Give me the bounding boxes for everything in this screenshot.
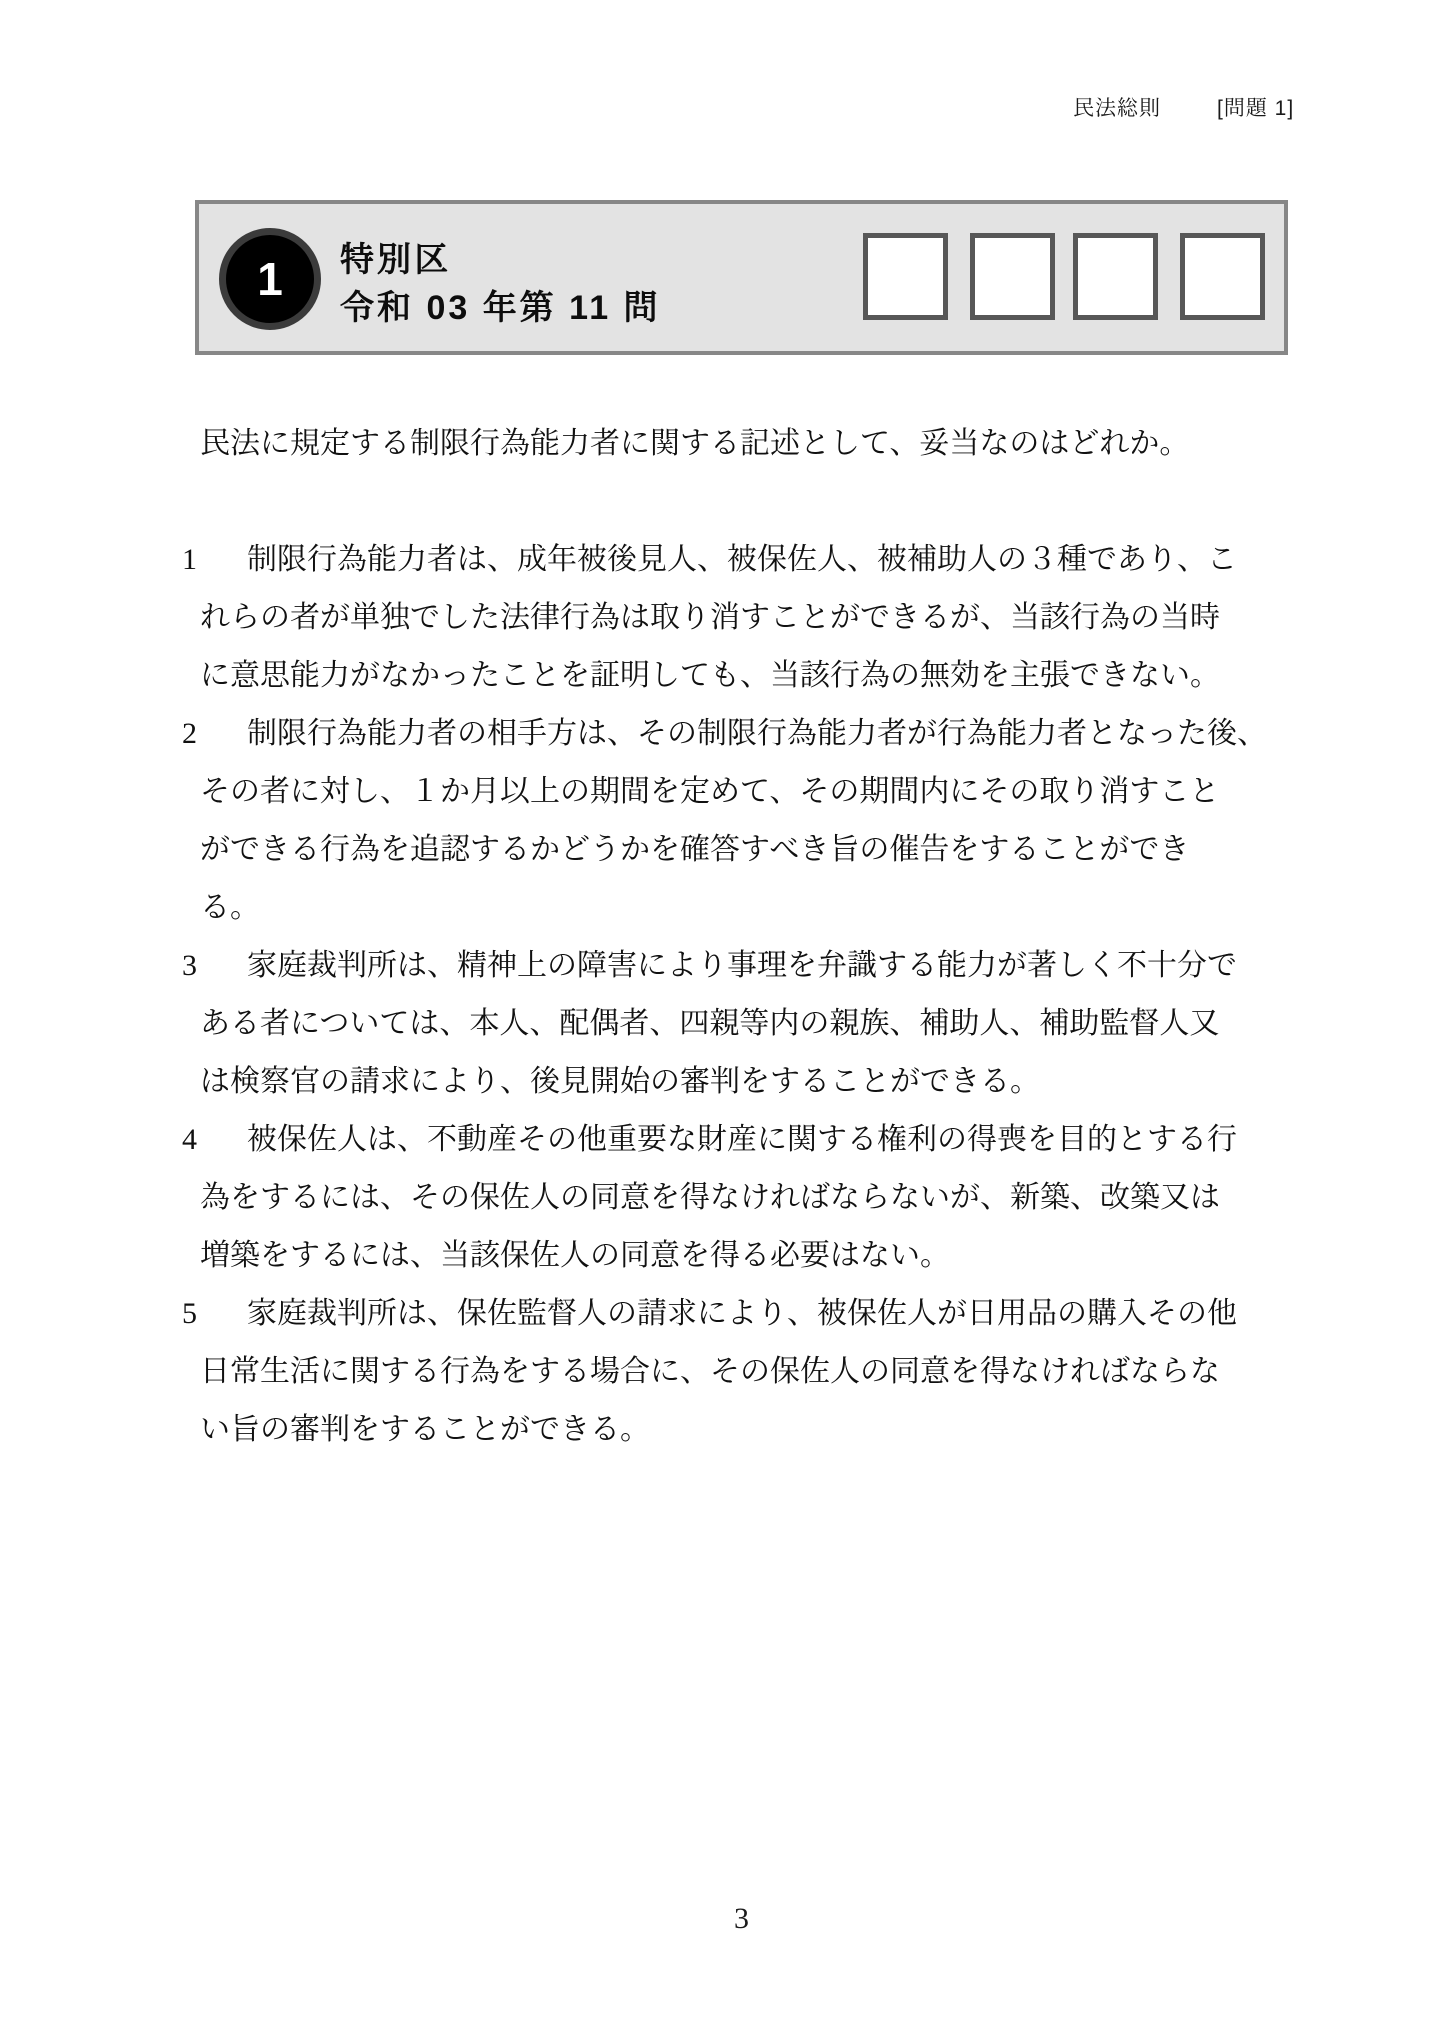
choice-line: 日常生活に関する行為をする場合に、その保佐人の同意を得なければならな [0,1343,1434,1401]
choice-text: 制限行為能力者は、成年被後見人、被保佐人、被補助人の３種であり、こ [247,543,1237,576]
choice-line: その者に対し、１か月以上の期間を定めて、その期間内にその取り消すこと [0,763,1434,821]
answer-box-2 [970,233,1055,320]
choice-line: 3家庭裁判所は、精神上の障害により事理を弁識する能力が著しく不十分で [0,937,1434,995]
choice-line: は検察官の請求により、後見開始の審判をすることができる。 [0,1053,1434,1111]
choice-line: ある者については、本人、配偶者、四親等内の親族、補助人、補助監督人又 [0,995,1434,1053]
running-header-problem-label: [問題 1] [1217,96,1294,122]
choice-number: 4 [182,1111,247,1169]
answer-box-1 [863,233,948,320]
question-number-badge-label: 1 [257,252,283,306]
source-region-line: 特別区 [340,236,661,284]
choice-5: 5家庭裁判所は、保佐監督人の請求により、被保佐人が日用品の購入その他 日常生活に… [0,1285,1434,1459]
choice-line: 1制限行為能力者は、成年被後見人、被保佐人、被補助人の３種であり、こ [0,531,1434,589]
choice-line: 5家庭裁判所は、保佐監督人の請求により、被保佐人が日用品の購入その他 [0,1285,1434,1343]
choice-4: 4被保佐人は、不動産その他重要な財産に関する権利の得喪を目的とする行 為をするに… [0,1111,1434,1285]
choice-1: 1制限行為能力者は、成年被後見人、被保佐人、被補助人の３種であり、こ れらの者が… [0,531,1434,705]
choice-line: れらの者が単独でした法律行為は取り消すことができるが、当該行為の当時 [0,589,1434,647]
question-number-badge: 1 [219,228,321,330]
choice-text: 家庭裁判所は、精神上の障害により事理を弁識する能力が著しく不十分で [247,949,1237,982]
choice-text: 制限行為能力者の相手方は、その制限行為能力者が行為能力者となった後、 [247,717,1267,750]
choice-line: い旨の審判をすることができる。 [0,1401,1434,1459]
choice-3: 3家庭裁判所は、精神上の障害により事理を弁識する能力が著しく不十分で ある者につ… [0,937,1434,1111]
choice-2: 2制限行為能力者の相手方は、その制限行為能力者が行為能力者となった後、 その者に… [0,705,1434,937]
answer-box-3 [1073,233,1158,320]
choice-text: 家庭裁判所は、保佐監督人の請求により、被保佐人が日用品の購入その他 [247,1297,1237,1330]
choice-line: 為をするには、その保佐人の同意を得なければならないが、新築、改築又は [0,1169,1434,1227]
question-source-title: 特別区 令和 03 年第 11 問 [340,236,661,332]
choice-list: 1制限行為能力者は、成年被後見人、被保佐人、被補助人の３種であり、こ れらの者が… [0,531,1434,1459]
choice-number: 2 [182,705,247,763]
question-source-card: 1 特別区 令和 03 年第 11 問 [195,200,1288,355]
choice-line: ができる行為を追認するかどうかを確答すべき旨の催告をすることができ [0,821,1434,879]
choice-line: 増築をするには、当該保佐人の同意を得る必要はない。 [0,1227,1434,1285]
choice-number: 1 [182,531,247,589]
choice-line: る。 [0,879,1434,937]
choice-line: 4被保佐人は、不動産その他重要な財産に関する権利の得喪を目的とする行 [0,1111,1434,1169]
choice-number: 3 [182,937,247,995]
question-text: 民法に規定する制限行為能力者に関する記述として、妥当なのはどれか。 [200,424,1189,464]
choice-line: 2制限行為能力者の相手方は、その制限行為能力者が行為能力者となった後、 [0,705,1434,763]
running-header: 民法総則 [問題 1] [1073,96,1294,122]
page-number: 3 [734,1901,749,1937]
exam-reference-line: 令和 03 年第 11 問 [340,284,661,332]
choice-line: に意思能力がなかったことを証明しても、当該行為の無効を主張できない。 [0,647,1434,705]
choice-text: 被保佐人は、不動産その他重要な財産に関する権利の得喪を目的とする行 [247,1123,1237,1156]
choice-number: 5 [182,1285,247,1343]
answer-box-4 [1180,233,1265,320]
running-header-subject: 民法総則 [1073,96,1161,122]
